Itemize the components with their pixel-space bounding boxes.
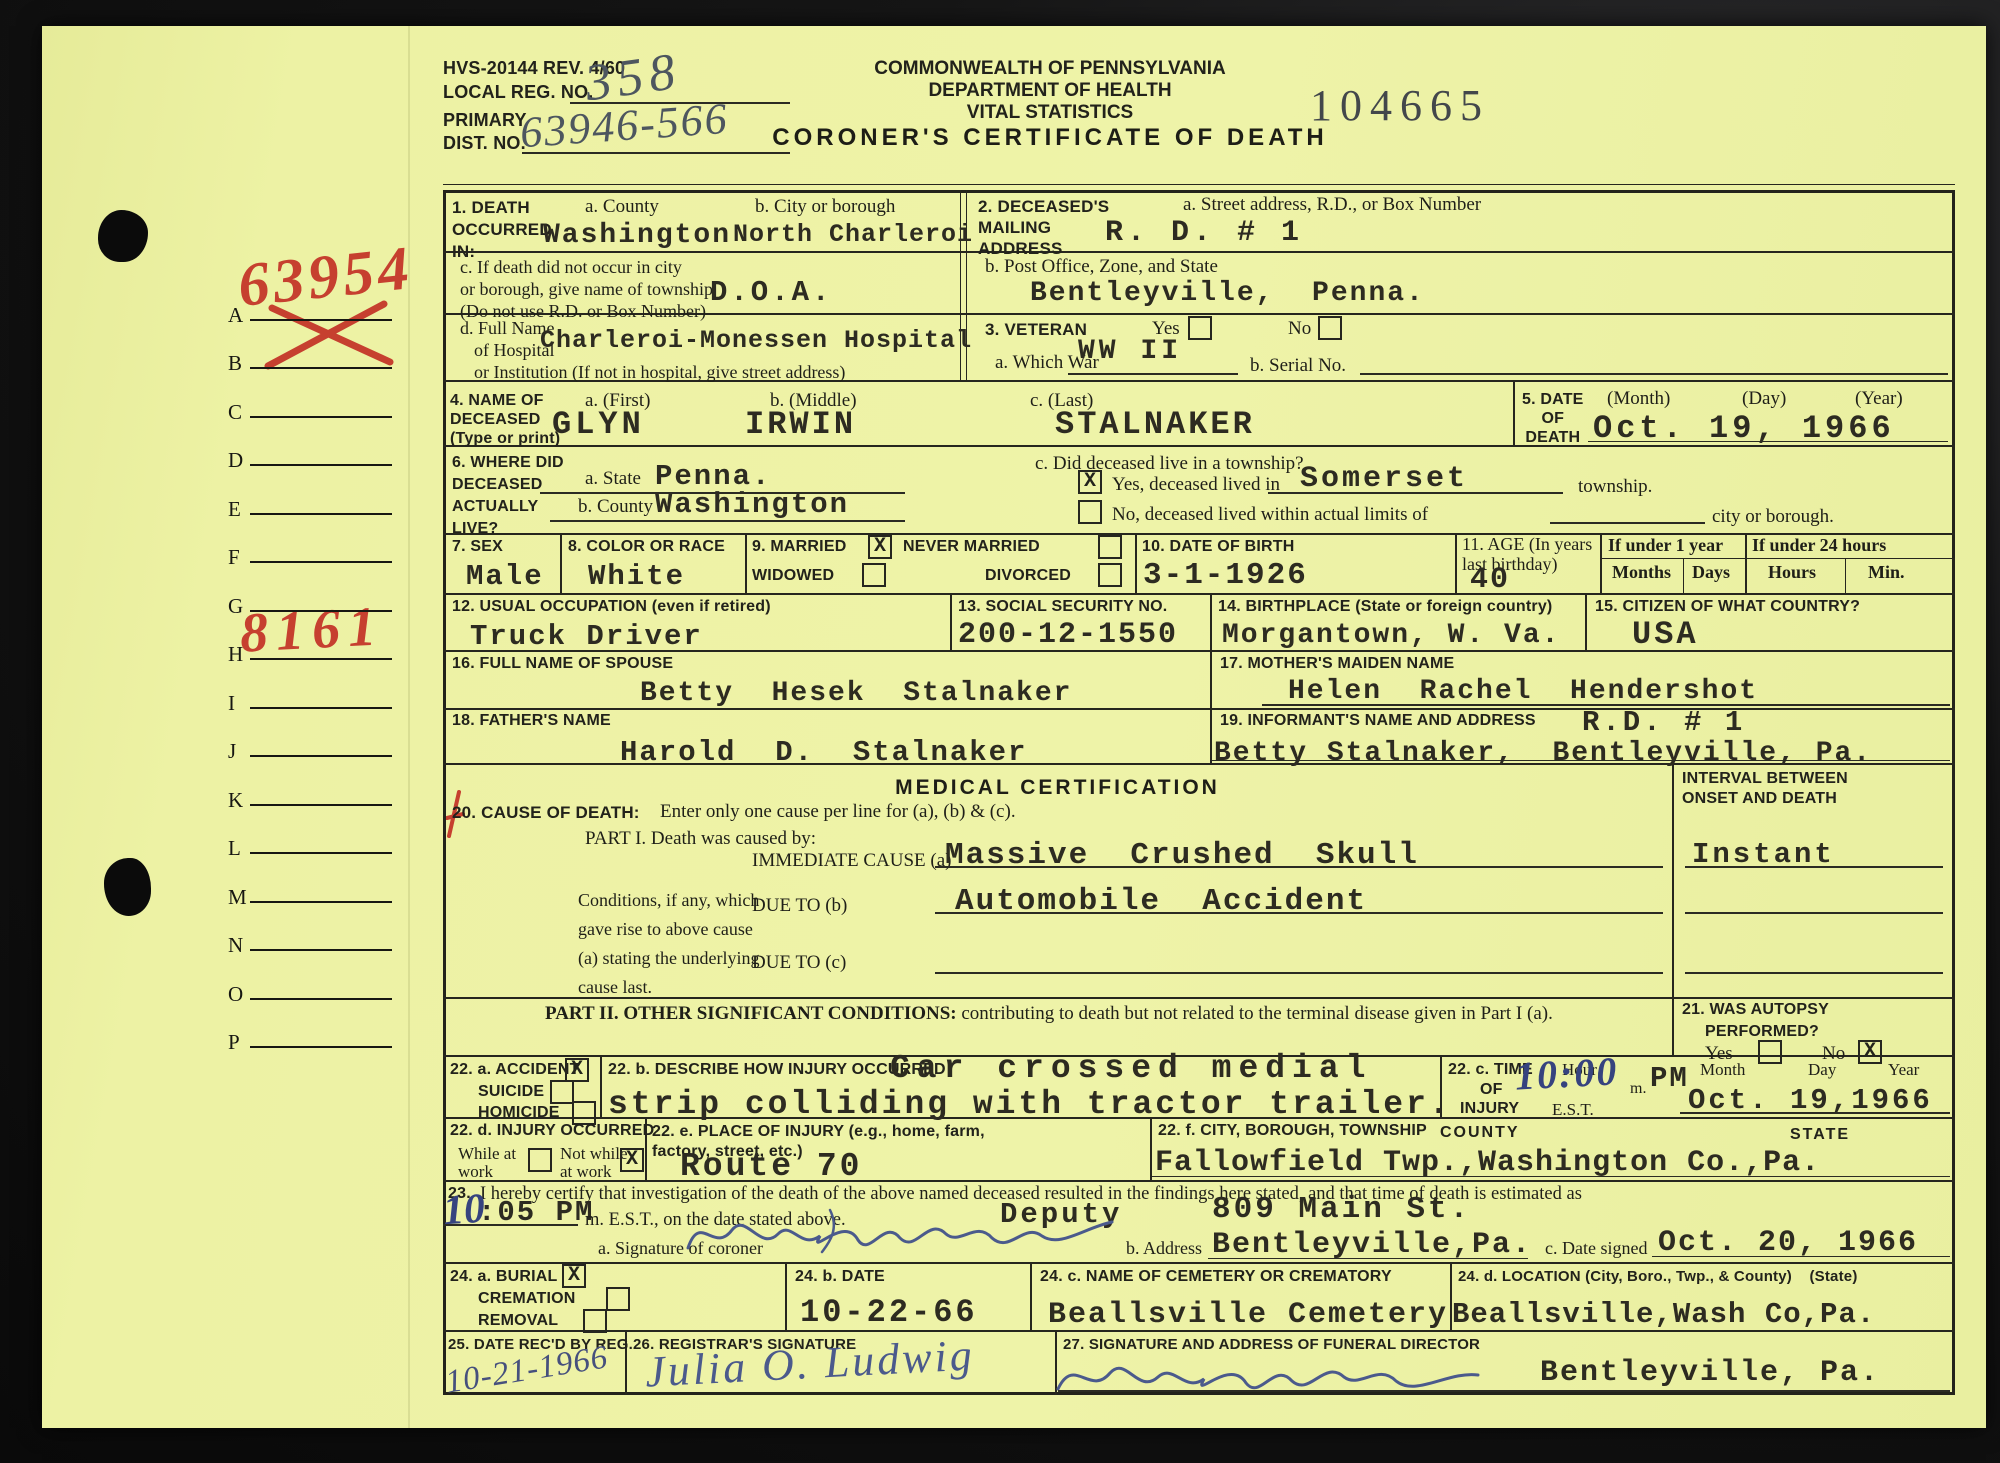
divider [1513,380,1515,445]
department-line: DEPARTMENT OF HEALTH [850,80,1250,102]
time-of-death-line [443,1224,578,1226]
informant-name-value: Betty Stalnaker, Bentleyville, Pa. [1214,738,1872,769]
divider [1210,650,1212,763]
name-of-deceased-label: 4. NAME OF DECEASED (Type or print) [450,391,560,448]
ssn-value: 200-12-1550 [958,618,1178,652]
margin-letter: F [228,545,240,570]
county-label: a. County [585,196,659,218]
hospital-label-3: or Institution (If not in hospital, give… [474,362,845,383]
hours-label: Hours [1768,562,1816,583]
local-reg-label: LOCAL REG. NO. [443,82,593,103]
margin-letter: N [228,933,243,958]
m-label: m. [1630,1080,1646,1098]
occupation-label: 12. USUAL OCCUPATION (even if retired) [452,598,771,616]
date-of-death-line [1588,441,1948,442]
injury-state-label: STATE [1790,1126,1850,1144]
city-borough-value: North Charleroi [733,220,973,249]
widowed-label: WIDOWED [752,567,834,585]
margin-line [250,658,392,660]
divider [1150,1117,1152,1180]
primary-label: PRIMARY [443,110,527,131]
divorced-label: DIVORCED [985,567,1071,585]
birthplace-label: 14. BIRTHPLACE (State or foreign country… [1218,598,1552,616]
burial-label: 24. a. BURIAL [450,1268,558,1286]
doa-value: D.O.A. [710,276,832,309]
divider [600,1055,602,1117]
coroner-address-line [1208,1258,1528,1259]
homicide-label: HOMICIDE [478,1104,560,1122]
margin-red-number-mid: 8161 [238,594,385,665]
scanned-document: 63954 8161 A B C D E F G H I J K L M N O… [0,0,2000,1463]
divider [745,533,747,593]
informant-line [1212,760,1950,761]
autopsy-no-checkbox: X [1858,1040,1882,1064]
margin-letter: E [228,497,241,522]
margin-line [250,610,392,612]
place-of-injury-value: Route 70 [680,1148,862,1185]
margin-red-x-mark [262,300,402,370]
lived-county-label: b. County [578,496,653,518]
burial-checkbox: X [562,1264,586,1288]
year-col-label: Year [1888,1060,1919,1080]
divider [950,593,952,650]
margin-letter: L [228,836,241,861]
part2-rest: contributing to death but not related to… [957,1003,1553,1024]
field-death-occurred-label: 1. DEATH OCCURRED IN: [452,197,552,263]
divider [1455,533,1457,593]
divider [1585,593,1587,650]
suicide-label: SUICIDE [478,1083,544,1101]
part2-lead: PART II. OTHER SIGNIFICANT CONDITIONS: [545,1003,957,1024]
lived-township-no-label: No, deceased lived within actual limits … [1112,504,1428,526]
certificate-title: CORONER'S CERTIFICATE OF DEATH [750,124,1350,152]
coroner-address-label: b. Address [1126,1238,1202,1259]
age-value: 40 [1470,563,1510,597]
medical-certification-title: MEDICAL CERTIFICATION [443,776,1672,800]
month-col-label: Month [1700,1060,1745,1080]
serial-no-line [1360,373,1948,375]
veteran-label: 3. VETERAN [985,320,1087,340]
birthplace-value: Morgantown, W. Va. [1222,620,1560,651]
margin-letter: M [228,885,247,910]
divider [1135,533,1137,593]
not-at-work-checkbox: X [620,1148,644,1172]
date-of-injury-line [1680,1112,1950,1114]
coroner-street-value: 809 Main St. [1212,1192,1471,1227]
divider [785,1262,787,1330]
cemetery-label: 24. c. NAME OF CEMETERY OR CREMATORY [1040,1268,1392,1286]
divider [1672,763,1674,1055]
date-signed-value: Oct. 20, 1966 [1658,1226,1918,1260]
autopsy-label-2: PERFORMED? [1705,1023,1819,1041]
margin-letter: G [228,594,243,619]
divider [1845,558,1846,593]
divider [1210,593,1212,650]
divider [443,1262,1955,1264]
divider [560,533,562,593]
est-label: E.S.T. [1552,1100,1594,1120]
margin-letter: P [228,1030,240,1055]
injury-county-label: COUNTY [1440,1124,1520,1142]
last-name-value: STALNAKER [1055,406,1255,443]
sex-label: 7. SEX [452,538,503,556]
under-24-hours-label: If under 24 hours [1752,535,1886,556]
vital-line: VITAL STATISTICS [850,102,1250,124]
autopsy-label-1: 21. WAS AUTOPSY [1682,1001,1829,1019]
lived-township-no-checkbox [1078,500,1102,524]
married-checkbox: X [868,535,892,559]
coroner-signature [680,1200,1120,1262]
funeral-director-address-value: Bentleyville, Pa. [1540,1356,1880,1390]
margin-line [250,319,392,321]
date-of-birth-value: 3-1-1926 [1143,558,1308,593]
cemetery-value: Beallsville Cemetery [1048,1298,1448,1332]
date-of-death-label: 5. DATE OF DEATH [1522,390,1584,447]
margin-letter: O [228,982,243,1007]
coroner-address-value: Bentleyville,Pa. [1212,1228,1532,1262]
margin-line [250,707,392,709]
cemetery-location-label: 24. d. LOCATION (City, Boro., Twp., & Co… [1458,1268,1858,1285]
interval-label-1: INTERVAL BETWEEN [1682,770,1848,788]
which-war-line [1068,373,1238,375]
margin-line [250,804,392,806]
cremation-checkbox [606,1287,630,1311]
margin-letter: A [228,303,243,328]
county-value: Washington [543,220,731,251]
sex-value: Male [466,560,544,593]
first-name-value: GLYN [552,406,645,443]
divorced-checkbox [1098,563,1122,587]
certificate-number: 104665 [1310,80,1490,131]
margin-line [250,416,392,418]
serial-no-label: b. Serial No. [1250,355,1346,377]
hospital-value: Charleroi-Monessen Hospital [540,326,972,355]
interval-line-a [1685,866,1943,868]
part2-label: PART II. OTHER SIGNIFICANT CONDITIONS: c… [545,1003,1553,1025]
city-borough-label: b. City or borough [755,196,895,218]
father-name-value: Harold D. Stalnaker [620,736,1027,769]
margin-line [250,367,392,369]
time-of-injury-label-2: OF [1480,1081,1503,1099]
city-borough-line [1550,522,1705,524]
date-signed-line [1652,1256,1950,1257]
middle-name-value: IRWIN [745,406,856,443]
divider [1030,1262,1032,1330]
lived-township-value: Somerset [1300,462,1468,496]
divider [1745,533,1747,593]
cremation-label: CREMATION [478,1290,576,1308]
pm-value: PM [1650,1062,1689,1095]
commonwealth-line: COMMONWEALTH OF PENNSYLVANIA [850,58,1250,80]
lived-township-yes-label: Yes, deceased lived in [1112,474,1280,496]
time-of-injury-handwritten: 10:00 [1514,1047,1620,1099]
day-label: (Day) [1742,388,1786,410]
margin-line [250,464,392,466]
divider [443,1180,1955,1182]
immediate-cause-label: IMMEDIATE CAUSE (a) [752,850,951,872]
part1-label: PART I. Death was caused by: [585,828,816,850]
never-married-checkbox [1098,535,1122,559]
conditions-note: Conditions, if any, which gave rise to a… [578,886,759,1002]
removal-label: REMOVAL [478,1312,558,1330]
margin-letter: D [228,448,243,473]
margin-letter: K [228,788,243,813]
ssn-label: 13. SOCIAL SECURITY NO. [958,598,1167,616]
injury-location-line [1152,1176,1950,1177]
citizen-value: USA [1632,616,1699,653]
suicide-checkbox [550,1080,574,1104]
race-value: White [588,560,685,593]
form-top-inner-line [443,184,1955,185]
divider [443,251,1955,253]
cemetery-location-value: Beallsville,Wash Co,Pa. [1452,1298,1875,1331]
punch-hole-bottom [104,858,151,916]
cause-instructions: Enter only one cause per line for (a), (… [660,801,1016,823]
informant-label: 19. INFORMANT'S NAME AND ADDRESS [1220,712,1536,730]
day-col-label: Day [1808,1060,1836,1080]
married-label: 9. MARRIED [752,538,846,556]
township-instructions-label: c. If death did not occur in city or bor… [460,256,713,322]
state-label: a. State [585,468,641,490]
injury-description-line2: strip colliding with tractor trailer. [608,1086,1452,1123]
funeral-director-line [1058,1390,1950,1392]
divider [1683,558,1684,593]
due-to-b-label: DUE TO (b) [752,895,847,917]
mother-maiden-value: Helen Rachel Hendershot [1288,676,1758,707]
time-of-injury-label-3: INJURY [1460,1100,1519,1118]
dist-no-label: DIST. NO. [443,133,526,154]
margin-line [250,755,392,757]
due-to-c-label: DUE TO (c) [752,952,846,974]
veteran-no-label: No [1288,318,1311,340]
street-address-value: R. D. # 1 [1105,216,1303,250]
accident-checkbox: X [565,1058,589,1082]
not-at-work-label-2: at work [560,1162,611,1182]
margin-line [250,901,392,903]
lived-county-line [550,520,905,522]
month-label: (Month) [1607,388,1670,410]
burial-date-value: 10-22-66 [800,1294,978,1331]
year-label: (Year) [1855,388,1903,410]
injury-description-line1: Car crossed medial [890,1050,1372,1087]
cause-of-death-label: 20. CAUSE OF DEATH: [452,803,640,823]
veteran-yes-checkbox [1188,316,1212,340]
funeral-director-signature [1052,1345,1482,1405]
margin-letter: C [228,400,242,425]
margin-line [250,561,392,563]
immediate-cause-line [935,866,1663,868]
lived-township-yes-checkbox: X [1078,470,1102,494]
months-label: Months [1612,562,1671,583]
not-at-work-label-1: Not while [560,1144,628,1164]
post-office-value: Bentleyville, Penna. [1030,278,1425,309]
margin-line [250,852,392,854]
township-line [1268,492,1563,494]
date-of-birth-label: 10. DATE OF BIRTH [1142,538,1294,556]
injury-location-value: Fallowfield Twp.,Washington Co.,Pa. [1155,1146,1820,1180]
post-office-label: b. Post Office, Zone, and State [985,256,1218,278]
burial-date-label: 24. b. DATE [795,1268,885,1286]
days-label: Days [1692,562,1730,583]
due-to-b-line [935,912,1663,914]
under-1-year-label: If under 1 year [1608,535,1723,556]
accident-label: 22. a. ACCIDENT [450,1061,580,1079]
father-name-label: 18. FATHER'S NAME [452,712,611,730]
city-borough-word: city or borough. [1712,506,1834,528]
margin-line [250,998,392,1000]
date-signed-label: c. Date signed [1545,1238,1647,1259]
removal-checkbox [583,1309,607,1333]
interval-line-b [1685,912,1943,914]
spouse-label: 16. FULL NAME OF SPOUSE [452,655,673,673]
injury-city-label: 22. f. CITY, BOROUGH, TOWNSHIP [1158,1122,1427,1140]
citizen-label: 15. CITIZEN OF WHAT COUNTRY? [1595,598,1860,616]
informant-address-value: R.D. # 1 [1582,706,1745,739]
margin-letter: I [228,691,235,716]
margin-line [250,1046,392,1048]
divider [443,533,1955,535]
divider [1600,558,1955,559]
while-at-work-label-1: While at [458,1144,516,1164]
due-to-c-line [935,972,1663,974]
lived-county-value: Washington [655,488,849,521]
street-address-label: a. Street address, R.D., or Box Number [1183,194,1481,216]
mailing-address-label: 2. DECEASED'S MAILING ADDRESS [978,196,1109,259]
margin-letter: B [228,351,242,376]
injury-occurred-label: 22. d. INJURY OCCURRED [450,1122,654,1140]
township-word: township. [1578,476,1652,498]
margin-letter: J [228,739,236,764]
interval-line-c [1685,972,1943,974]
where-lived-label: 6. WHERE DID DECEASED ACTUALLY LIVE? [452,452,564,540]
race-label: 8. COLOR OR RACE [568,538,725,556]
margin-line [250,949,392,951]
widowed-checkbox [862,563,886,587]
divider [1600,533,1602,593]
interval-label-2: ONSET AND DEATH [1682,790,1837,808]
spouse-value: Betty Hesek Stalnaker [640,678,1072,709]
mother-maiden-label: 17. MOTHER'S MAIDEN NAME [1220,655,1454,673]
min-label: Min. [1868,562,1905,583]
divider [443,593,1955,595]
occupation-value: Truck Driver [470,620,703,653]
lived-township-question: c. Did deceased live in a township? [1035,453,1304,475]
never-married-label: NEVER MARRIED [903,538,1040,556]
while-at-work-label-2: work [458,1162,493,1182]
veteran-no-checkbox [1318,316,1342,340]
margin-letter: H [228,642,243,667]
autopsy-yes-checkbox [1758,1040,1782,1064]
margin-line [250,513,392,515]
which-war-value: WW II [1078,336,1182,367]
while-at-work-checkbox [528,1148,552,1172]
